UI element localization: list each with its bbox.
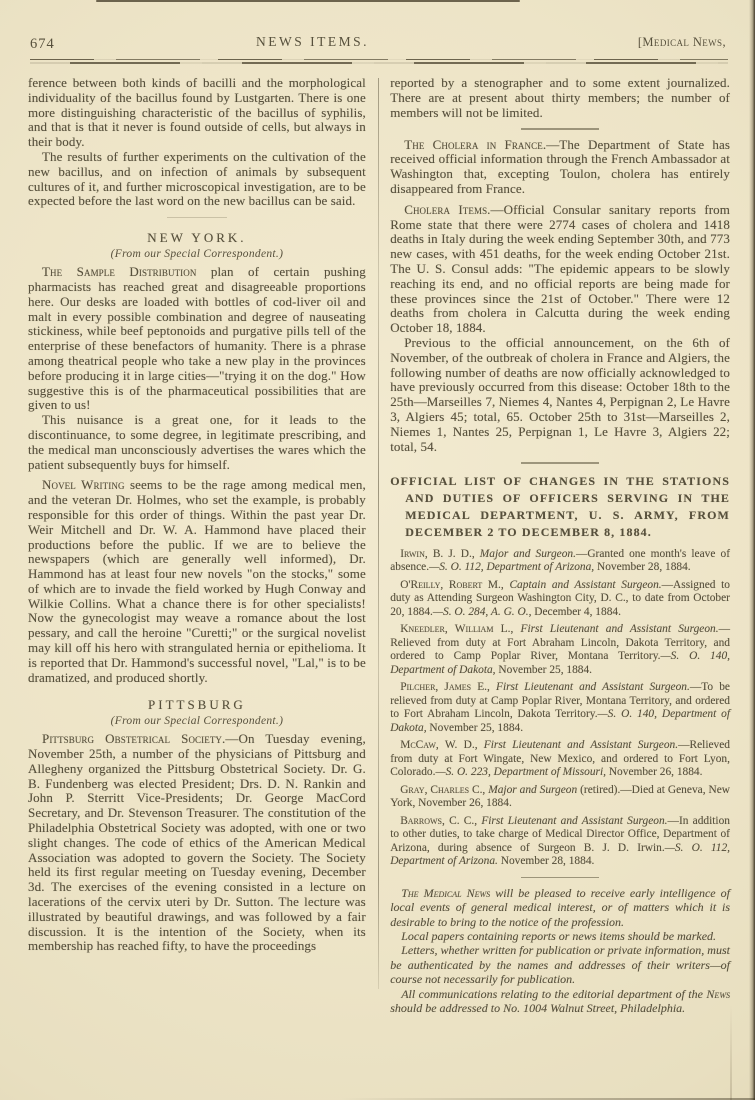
news-item-novel-writing: Novel Writing seems to be the rage among… bbox=[28, 478, 366, 685]
scan-edge-top bbox=[96, 0, 520, 2]
notice-text: Local papers containing reports or news … bbox=[401, 929, 716, 943]
item-lead: Cholera Items. bbox=[404, 202, 490, 217]
paragraph-nuisance: This nuisance is a great one, for it lea… bbox=[28, 413, 366, 472]
editorial-notice: The Medical News will be pleased to rece… bbox=[390, 886, 730, 1016]
continuation-paragraph-bacilli: ference between both kinds of bacilli an… bbox=[28, 76, 366, 150]
item-text: seems to be the rage among medical men, … bbox=[28, 477, 366, 684]
officer-rank: First Lieutenant and Assistant Surgeon. bbox=[478, 739, 679, 751]
officer-rank: First Lieutenant and Assistant Surgeon. bbox=[513, 623, 718, 635]
page-fold-mark bbox=[730, 1005, 732, 1100]
section-heading-new-york: NEW YORK. bbox=[28, 231, 366, 246]
officer-name: O'Reilly, Robert M., bbox=[400, 579, 504, 591]
paragraph-text: This nuisance is a great one, for it lea… bbox=[28, 412, 366, 471]
column-divider bbox=[378, 78, 379, 989]
official-list-heading: OFFICIAL LIST OF CHANGES IN THE STATIONS… bbox=[390, 473, 730, 541]
news-item-sample-distribution: The Sample Distribution plan of certain … bbox=[28, 265, 366, 413]
item-separator bbox=[521, 877, 599, 878]
item-text: plan of certain pushing pharmacists has … bbox=[28, 264, 366, 412]
officer-name: Pilcher, James E., bbox=[400, 681, 490, 693]
item-text: —On Tuesday evening, November 25th, a nu… bbox=[28, 731, 366, 953]
news-item-cholera-items: Cholera Items.—Official Consular sanitar… bbox=[390, 203, 730, 336]
army-order-entry: Barrows, C. C., First Lieutenant and Ass… bbox=[390, 815, 730, 869]
officer-name: Gray, Charles C., bbox=[400, 784, 485, 796]
army-order-entry: Gray, Charles C., Major and Surgeon (ret… bbox=[390, 784, 730, 811]
order-date: December 4, 1884. bbox=[531, 606, 621, 618]
item-lead: Novel Writing bbox=[42, 477, 125, 492]
order-date: November 25, 1884. bbox=[427, 722, 524, 734]
officer-name: Barrows, C. C., bbox=[400, 815, 477, 827]
notice-lead: The Medical News bbox=[401, 886, 490, 900]
army-order-entry: Kneedler, William L., First Lieutenant a… bbox=[390, 623, 730, 677]
item-separator bbox=[521, 462, 599, 463]
officer-name: Irwin, B. J. D., bbox=[400, 548, 474, 560]
running-head: 674 NEWS ITEMS. [Medical News, bbox=[28, 34, 730, 54]
journal-name: [Medical News, bbox=[638, 35, 726, 50]
journal-page: 674 NEWS ITEMS. [Medical News, ference b… bbox=[0, 0, 755, 1100]
scan-edge-right bbox=[749, 0, 755, 1100]
order-date: November 25, 1884. bbox=[496, 664, 593, 676]
item-lead: The Sample Distribution bbox=[42, 264, 196, 279]
army-order-entry: McCaw, W. D., First Lieutenant and Assis… bbox=[390, 739, 730, 780]
notice-text: Letters, whether written for publication… bbox=[390, 943, 730, 986]
officer-rank: Major and Surgeon bbox=[485, 784, 577, 796]
page-number: 674 bbox=[30, 36, 55, 53]
notice-paragraph: All communications relating to the edito… bbox=[390, 987, 730, 1016]
order-ref: —S. O. 223, Department of Missouri, bbox=[435, 766, 606, 778]
officer-rank: First Lieutenant and Assistant Surgeon. bbox=[490, 681, 690, 693]
officer-name: Kneedler, William L., bbox=[400, 623, 513, 635]
paragraph-cholera-previous: Previous to the official announcement, o… bbox=[390, 336, 730, 454]
right-column: reported by a stenographer and to some e… bbox=[390, 76, 730, 1015]
news-item-cholera-france: The Cholera in France.—The Department of… bbox=[390, 138, 730, 197]
section-separator bbox=[167, 217, 227, 218]
order-ref: —S. O. 112, Department of Arizona, bbox=[429, 561, 594, 573]
notice-paragraph: Letters, whether written for publication… bbox=[390, 943, 730, 986]
order-date: November 26, 1884. bbox=[606, 766, 703, 778]
officer-rank: Captain and Assistant Surgeon. bbox=[504, 579, 662, 591]
item-text: —Official Consular sanitary reports from… bbox=[390, 202, 730, 335]
item-separator bbox=[521, 128, 599, 129]
paragraph-text: ference between both kinds of bacilli an… bbox=[28, 75, 366, 149]
news-item-obstetrical-society: Pittsburg Obstetrical Society.—On Tuesda… bbox=[28, 732, 366, 954]
section-heading-pittsburg: PITTSBURG bbox=[28, 698, 366, 713]
left-column: ference between both kinds of bacilli an… bbox=[28, 76, 366, 1015]
paragraph-text: reported by a stenographer and to some e… bbox=[390, 75, 730, 120]
notice-text: All communications relating to the edito… bbox=[401, 987, 706, 1001]
officer-rank: Major and Surgeon. bbox=[475, 548, 576, 560]
officer-rank: First Lieutenant and Assistant Surgeon. bbox=[477, 815, 667, 827]
order-date: November 28, 1884. bbox=[594, 561, 691, 573]
running-title: NEWS ITEMS. bbox=[256, 34, 369, 50]
paragraph-results: The results of further experiments on th… bbox=[28, 150, 366, 209]
order-ref: —S. O. 284, A. G. O., bbox=[433, 606, 532, 618]
paragraph-text: The results of further experiments on th… bbox=[28, 149, 366, 208]
continuation-paragraph-members: reported by a stenographer and to some e… bbox=[390, 76, 730, 120]
paragraph-text: Previous to the official announcement, o… bbox=[390, 335, 730, 454]
army-order-entry: O'Reilly, Robert M., Captain and Assista… bbox=[390, 579, 730, 620]
order-date: November 28, 1884. bbox=[498, 855, 595, 867]
columns: ference between both kinds of bacilli an… bbox=[28, 76, 730, 1015]
header-rule bbox=[30, 59, 728, 64]
notice-journal-name: News bbox=[706, 987, 730, 1001]
byline-new-york: (From our Special Correspondent.) bbox=[28, 248, 366, 260]
item-lead: Pittsburg Obstetrical Society. bbox=[42, 731, 225, 746]
byline-pittsburg: (From our Special Correspondent.) bbox=[28, 715, 366, 727]
item-lead: The Cholera in France. bbox=[404, 137, 546, 152]
army-order-entry: Pilcher, James E., First Lieutenant and … bbox=[390, 681, 730, 735]
notice-paragraph: Local papers containing reports or news … bbox=[390, 929, 730, 943]
notice-text: should be addressed to No. 1004 Walnut S… bbox=[390, 1001, 685, 1015]
officer-name: McCaw, W. D., bbox=[400, 739, 477, 751]
army-order-entry: Irwin, B. J. D., Major and Surgeon.—Gran… bbox=[390, 548, 730, 575]
notice-paragraph: The Medical News will be pleased to rece… bbox=[390, 886, 730, 929]
